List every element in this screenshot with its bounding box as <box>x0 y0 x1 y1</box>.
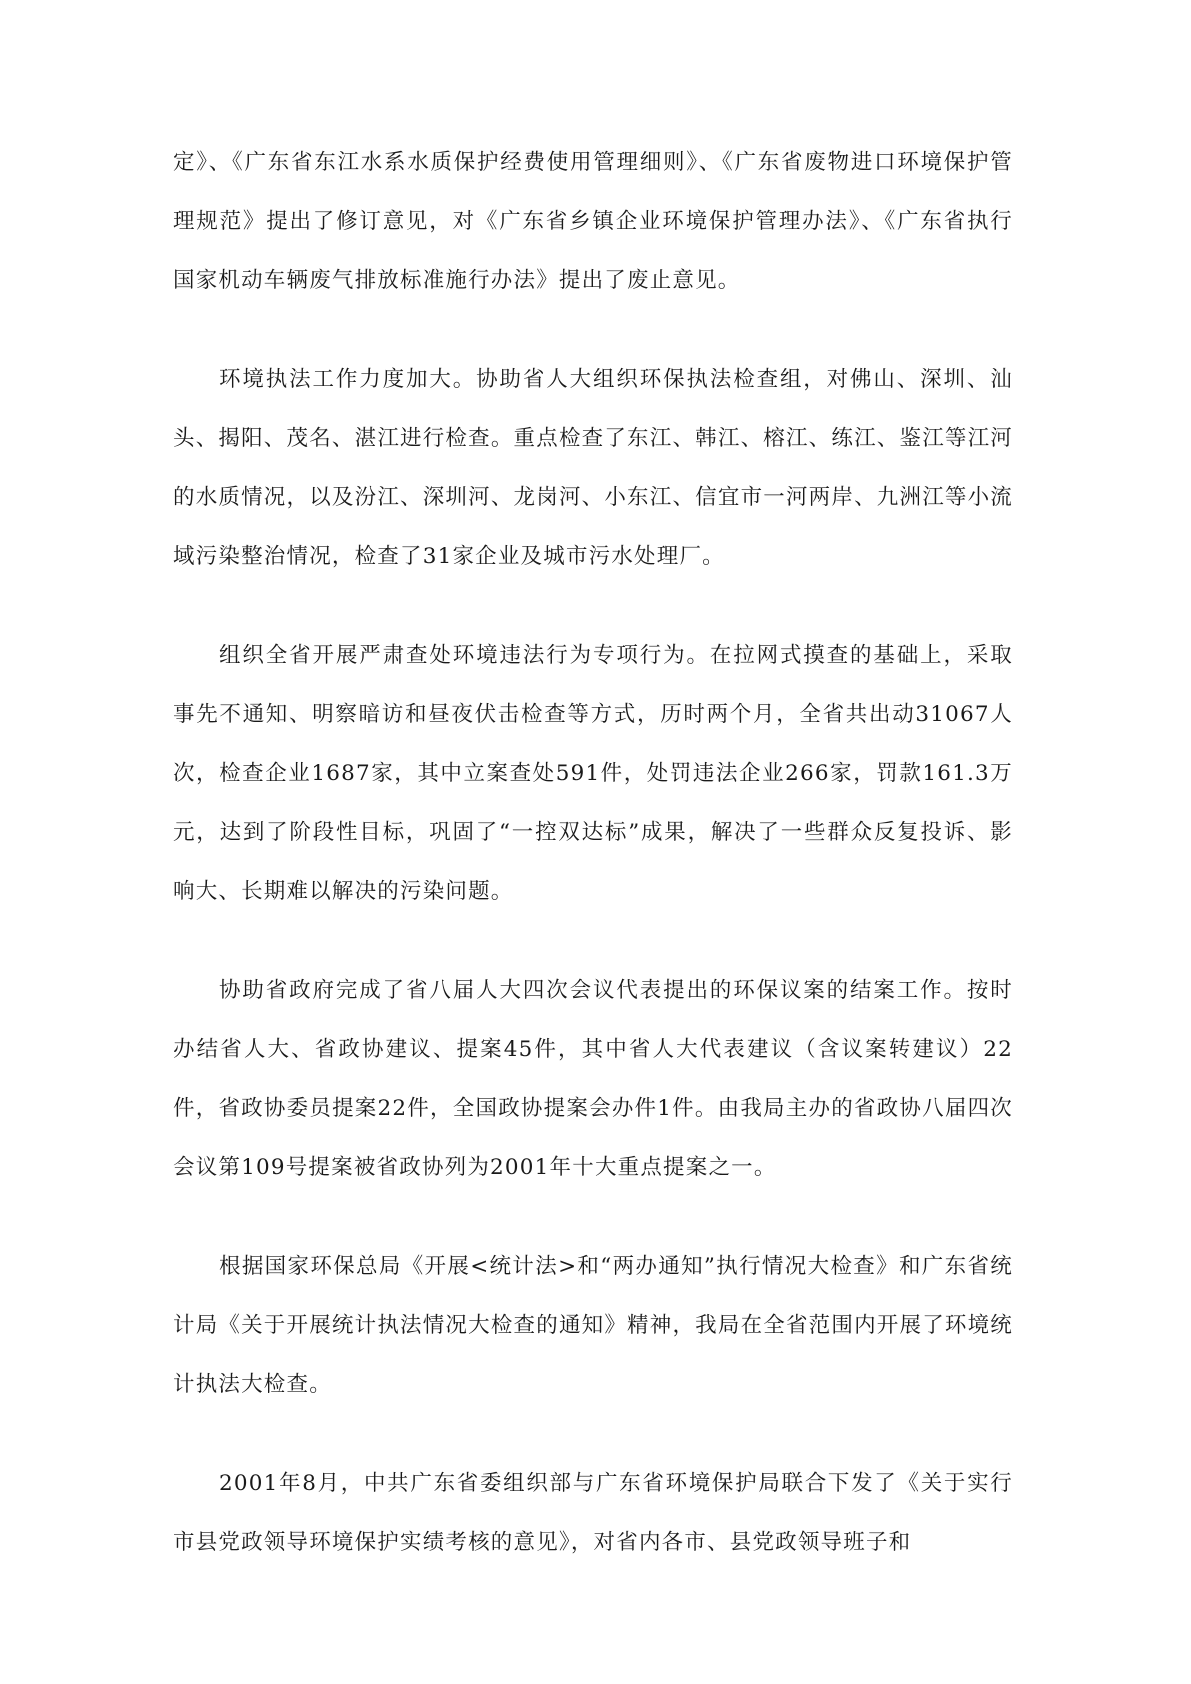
paragraph-proposals: 协助省政府完成了省八届人大四次会议代表提出的环保议案的结案工作。按时办结省人大、… <box>173 961 1013 1197</box>
paragraph-regulations-revision: 定》、《广东省东江水系水质保护经费使用管理细则》、《广东省废物进口环境保护管理规… <box>173 133 1013 310</box>
paragraph-performance-assessment: 2001年8月，中共广东省委组织部与广东省环境保护局联合下发了《关于实行市县党政… <box>173 1454 1013 1572</box>
paragraph-enforcement-inspection: 环境执法工作力度加大。协助省人大组织环保执法检查组，对佛山、深圳、汕头、揭阳、茂… <box>173 350 1013 586</box>
paragraph-statistics-inspection: 根据国家环保总局《开展<统计法>和“两办通知”执行情况大检查》和广东省统计局《关… <box>173 1237 1013 1414</box>
document-page: 定》、《广东省东江水系水质保护经费使用管理细则》、《广东省废物进口环境保护管理规… <box>173 133 1013 1612</box>
paragraph-special-campaign: 组织全省开展严肃查处环境违法行为专项行为。在拉网式摸查的基础上，采取事先不通知、… <box>173 626 1013 921</box>
